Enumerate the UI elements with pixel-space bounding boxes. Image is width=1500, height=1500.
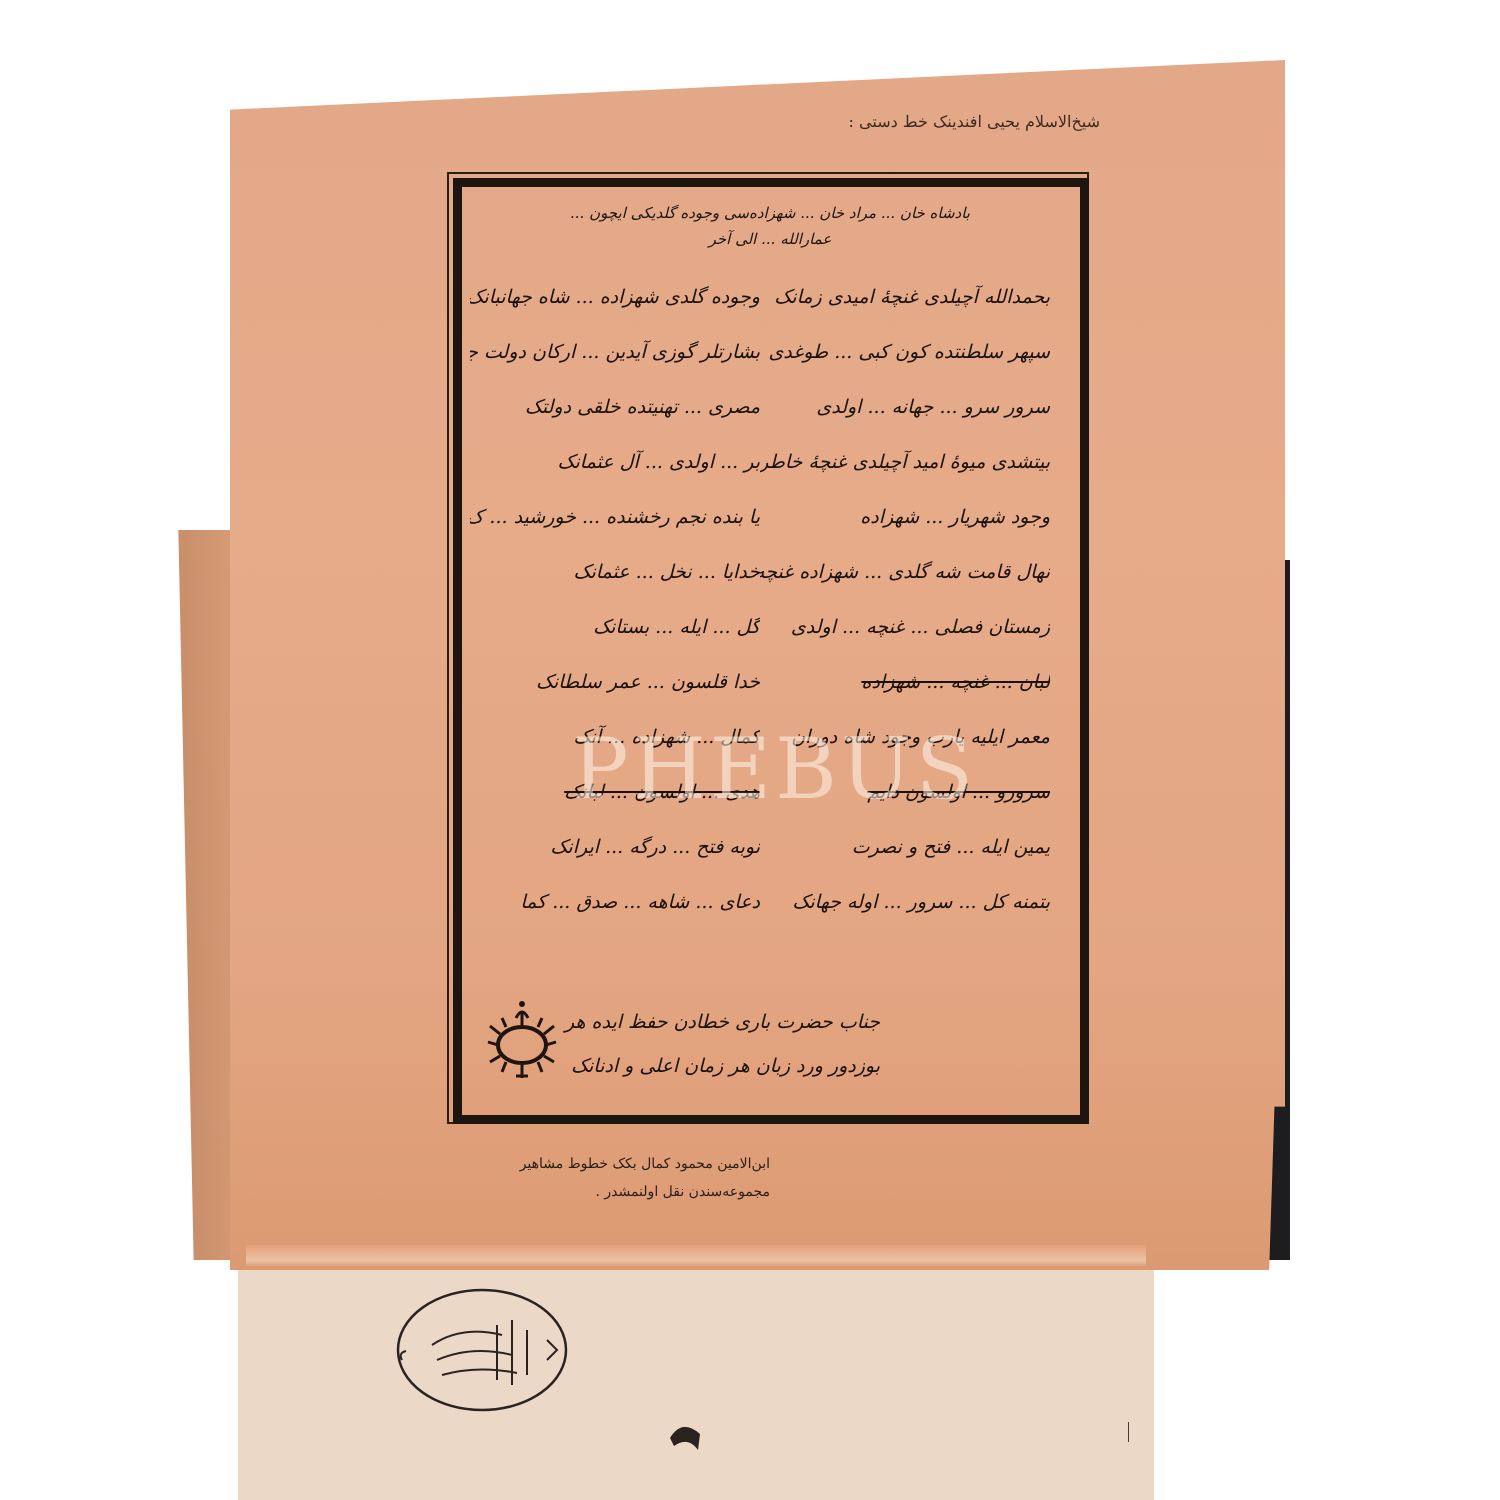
footer-caption: ابن‌الامین محمود کمال بکک خطوط مشاهیر مج… [440,1150,770,1206]
manuscript-verse-line: خدایا ... نخل ... عثمانک [470,545,760,600]
manuscript-verse-line: سرور سرو ... جهانه ... اولدی [760,380,1050,435]
manuscript-heading: بادشاه‌ خان‌ ... مراد‌ خان‌ ... شهزاده‌س… [480,200,1060,252]
lower-page-glyph [662,1420,722,1500]
manuscript-verse-line: خدا قلسون ... عمر سلطانک [470,655,760,710]
manuscript-verse-line: لبان ... غنچه ... شهزاده [760,655,1050,710]
manuscript-closing: جناب حضرت باری خطادن حفظ ایده هر بوزدور … [560,1000,880,1088]
manuscript-verse-line: یا بنده نجم رخشنده ... خورشید ... ک [470,490,760,545]
watermark: PHEBUS [572,720,972,818]
oval-seal-icon [392,1285,572,1415]
manuscript-verse-line: بتمنه کل ... سرور ... اوله جهانک [760,875,1050,930]
manuscript-left-column: وجوده گلدی شهزاده ... شاه جهانبانکبشارتل… [470,270,760,930]
manuscript-right-column: بحمدالله آچیلدی غنچهٔ امیدی زمانکسپهر سل… [760,270,1050,930]
footer-caption-line-2: مجموعه‌سندن نقل اولنمشدر . [440,1178,770,1206]
manuscript-verse-line: زمستان فصلی ... غنچه ... اولدی [760,600,1050,655]
header-caption: شیخ‌الاسلام یحیی افندینک خط دستی : [760,112,1100,131]
manuscript-verse-line: گل ... ایله ... بستانک [470,600,760,655]
floral-medallion-icon [482,990,562,1090]
footer-caption-line-1: ابن‌الامین محمود کمال بکک خطوط مشاهیر [440,1150,770,1178]
manuscript-heading-line-2: عمارالله ... الی آخر [480,226,1060,252]
manuscript-verse-line: بیتشدی میوهٔ امید آچیلدی غنچهٔ خاطر [760,435,1050,490]
manuscript-verse-line: نوبه فتح ... درگه ... ایرانک [470,820,760,875]
closing-line-2: بوزدور ورد زبان هر زمان اعلی و ادنانک [560,1044,880,1088]
closing-line-1: جناب حضرت باری خطادن حفظ ایده هر [560,1000,880,1044]
manuscript-verse-line: نهال قامت شه گلدی ... شهزاده غنچه [760,545,1050,600]
lower-page-mark [1128,1422,1133,1442]
manuscript-verse-line: وجوده گلدی شهزاده ... شاه جهانبانک [470,270,760,325]
manuscript-verse-line: یمین ایله ... فتح و نصرت [760,820,1050,875]
torn-page-edge [246,1245,1146,1267]
manuscript-verse-line: بر ... اولدی ... آل عثمانک [470,435,760,490]
manuscript-verse-line: سپهر سلطنتده کون کبی ... طوغدی [760,325,1050,380]
manuscript-verse-line: وجود شهریار ... شهزاده [760,490,1050,545]
manuscript-heading-line-1: بادشاه‌ خان‌ ... مراد‌ خان‌ ... شهزاده‌س… [480,200,1060,226]
manuscript-verse-line: بشارتلر گوزی آیدین ... ارکان دولت جهانبا… [470,325,760,380]
manuscript-verse-line: مصری ... تهنیتده خلقی دولتک [470,380,760,435]
manuscript-verse-line: بحمدالله آچیلدی غنچهٔ امیدی زمانک [760,270,1050,325]
manuscript-verse-line: دعای ... شاهه ... صدق ... کما [470,875,760,930]
